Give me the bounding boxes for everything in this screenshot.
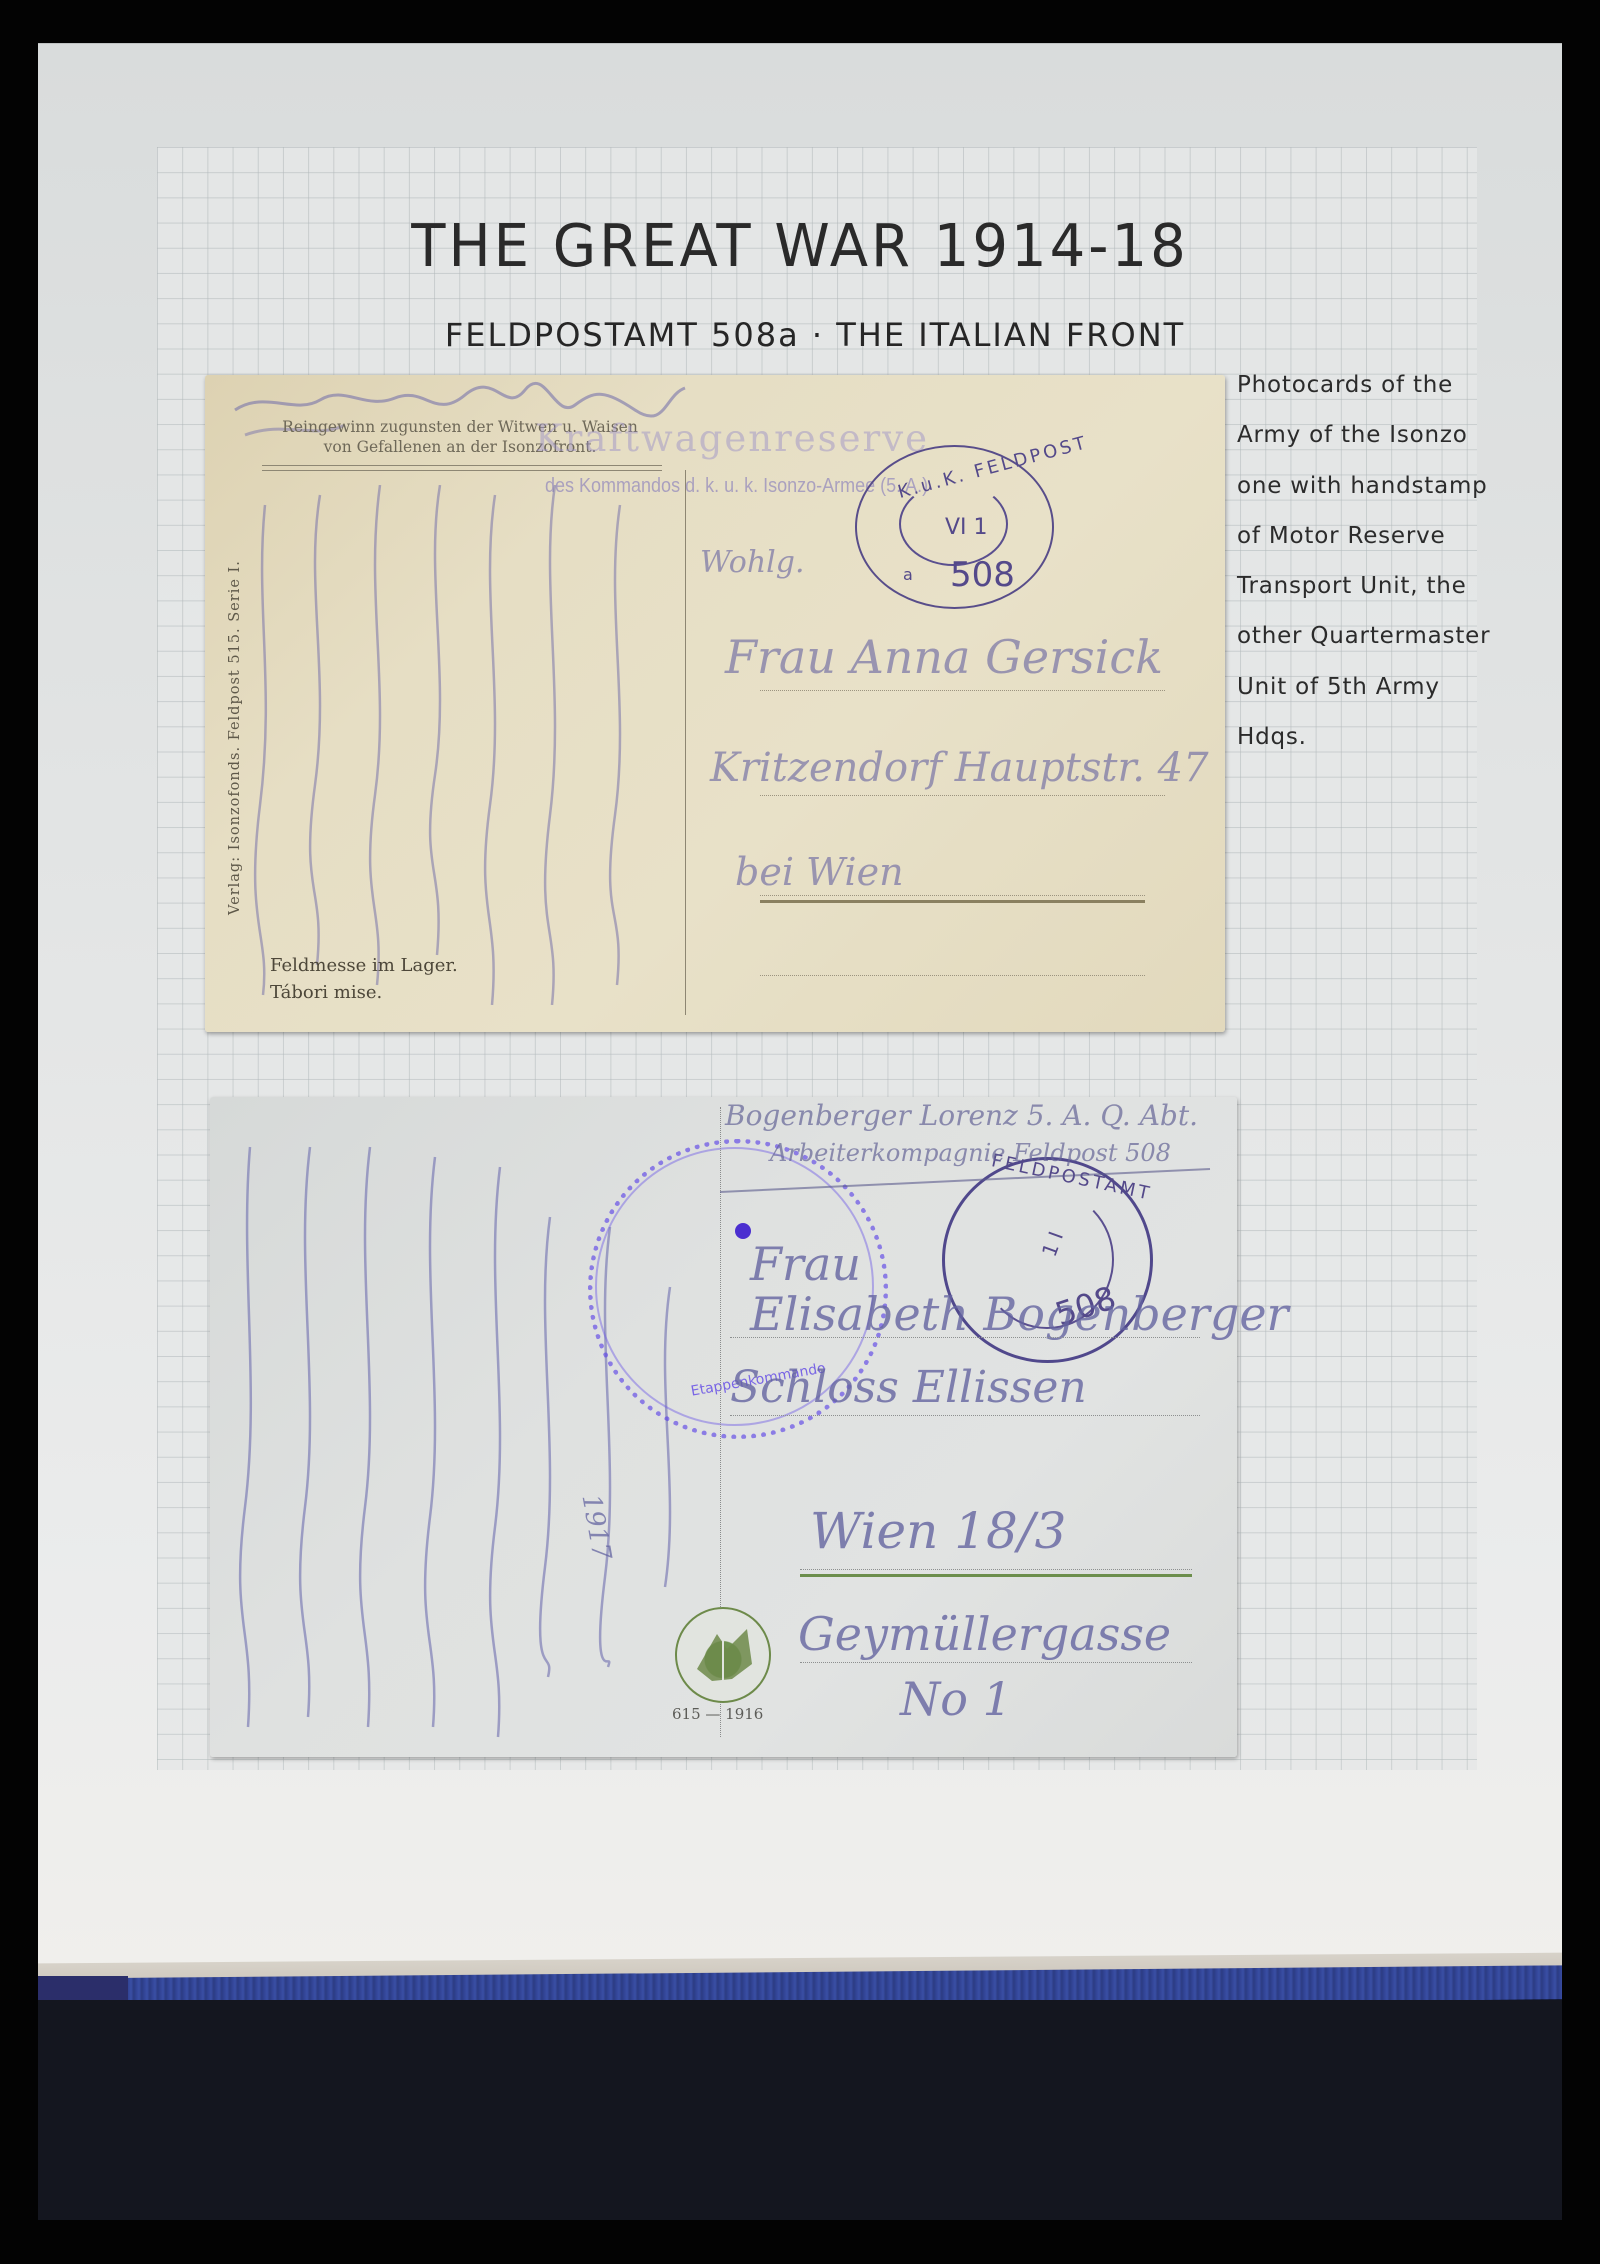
description-line: other Quartermaster — [1237, 623, 1497, 673]
charity-emblem-icon — [675, 1607, 771, 1703]
description-text: Photocards of the Army of the Isonzo one… — [1237, 372, 1497, 774]
handwritten-sender-unit: Arbeiterkompagnie Feldpost 508 — [770, 1139, 1171, 1167]
caption-line-2: Tábori mise. — [270, 979, 458, 1006]
description-line: Transport Unit, the — [1237, 573, 1497, 623]
ink-blot — [735, 1223, 751, 1239]
address-underline — [800, 1574, 1192, 1577]
description-line: Unit of 5th Army — [1237, 674, 1497, 724]
handwritten-title: Frau — [750, 1237, 861, 1291]
description-line: Photocards of the — [1237, 372, 1497, 422]
address-line — [760, 895, 1145, 896]
handwritten-city: bei Wien — [735, 850, 904, 894]
photocard-1: Reingewinn zugunsten der Witwen u. Waise… — [205, 375, 1225, 1032]
publisher-imprint: Verlag: Isonzofonds. Feldpost 515. Serie… — [227, 560, 243, 915]
address-line — [760, 795, 1165, 796]
address-line — [730, 1415, 1200, 1416]
handwritten-addressee: Elisabeth Bogenberger — [750, 1287, 1289, 1341]
handwritten-street: Kritzendorf Hauptstr. 47 — [710, 745, 1209, 791]
description-line: one with handstamp — [1237, 473, 1497, 523]
strike-line — [720, 1167, 1220, 1207]
description-line: Army of the Isonzo — [1237, 422, 1497, 472]
handwritten-city: Wien 18/3 — [810, 1502, 1066, 1560]
postmark-office-number: 508 — [950, 555, 1015, 595]
description-line: of Motor Reserve — [1237, 523, 1497, 573]
postmark-suffix: a — [903, 565, 913, 584]
address-line — [760, 975, 1145, 976]
address-line — [800, 1569, 1192, 1570]
handwritten-street: Geymüllergasse — [798, 1607, 1171, 1661]
card-caption: Feldmesse im Lager. Tábori mise. — [270, 952, 458, 1006]
card-divider — [685, 470, 686, 1015]
photocard-2: Etappenkommando FELDPOSTAMT 1 I 508 Boge… — [210, 1097, 1237, 1757]
card-series-code: 615 — 1916 — [672, 1705, 763, 1723]
handwritten-addressee: Frau Anna Gersick — [725, 630, 1163, 684]
handwritten-message — [230, 1127, 550, 1747]
handwritten-address-line-2: Schloss Ellissen — [730, 1362, 1087, 1413]
unit-handstamp-line-1: Kraftwagenreserve — [535, 417, 929, 460]
handwritten-house-number: No 1 — [900, 1672, 1012, 1726]
address-line — [730, 1337, 1200, 1338]
address-line — [760, 690, 1165, 691]
page-subtitle: FELDPOSTAMT 508a · THE ITALIAN FRONT — [0, 316, 1600, 354]
page-title: THE GREAT WAR 1914-18 — [0, 212, 1600, 280]
postmark-date: VI 1 — [945, 515, 988, 540]
handwritten-message — [245, 485, 665, 1005]
dark-cloth-background — [38, 2000, 1562, 2220]
description-line: Hdqs. — [1237, 724, 1497, 774]
double-rule — [262, 465, 662, 471]
address-underline — [760, 900, 1145, 903]
handwritten-sender: Bogenberger Lorenz 5. A. Q. Abt. — [725, 1099, 1198, 1132]
handwritten-sender-note: Wohlg. — [700, 545, 805, 580]
address-line — [800, 1662, 1192, 1663]
caption-line-1: Feldmesse im Lager. — [270, 952, 458, 979]
